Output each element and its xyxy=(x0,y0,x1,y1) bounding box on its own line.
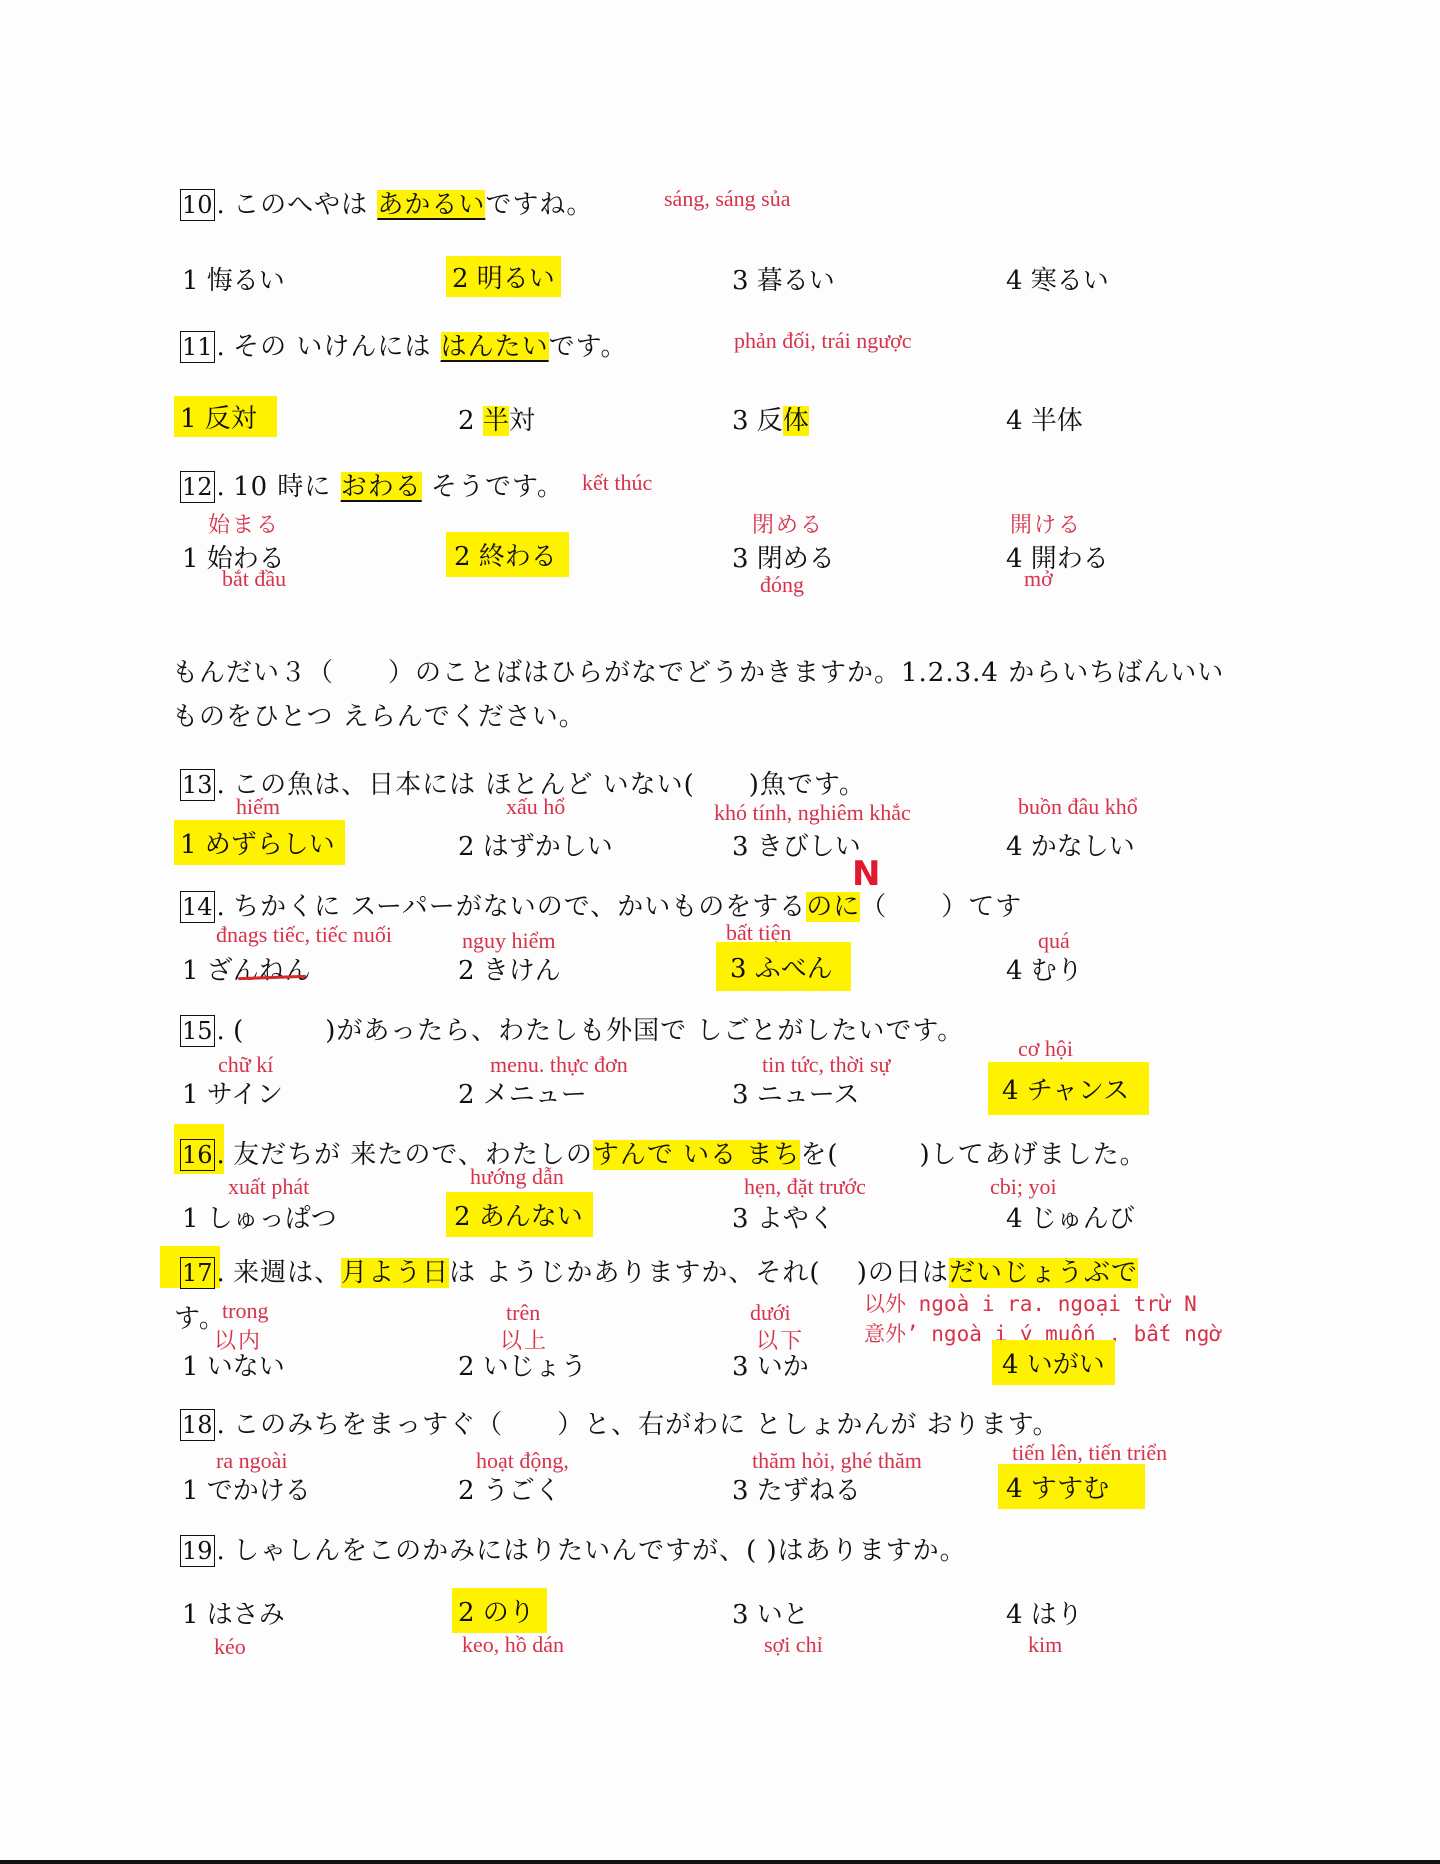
question-text-post: ですね。 xyxy=(485,190,593,220)
question-17: 17. 来週は、月よう日は ようじかありますか、それ( )の日はだいじょうぶで xyxy=(180,1252,1138,1289)
translation-note: kết thúc xyxy=(582,470,652,496)
option-4-meaning: mở xyxy=(1024,566,1053,592)
option-1[interactable]: 1 でかける xyxy=(176,1468,317,1509)
option-1[interactable]: 1 いない xyxy=(176,1344,291,1385)
option-3[interactable]: 3 いと xyxy=(726,1592,815,1633)
option-3-meaning: đóng xyxy=(760,572,804,598)
question-text: しゃしんをこのかみにはりたいんですが、( )はありますか。 xyxy=(233,1536,967,1566)
option-1[interactable]: 1 しゅっぱつ xyxy=(176,1196,343,1237)
option-1-answer[interactable]: 1 めずらしい xyxy=(174,820,345,865)
option-1-meaning: hiếm xyxy=(236,794,280,820)
option-1[interactable]: 1 悔るい xyxy=(176,258,291,299)
target-word: のに xyxy=(806,892,860,922)
question-text-pre: 来週は、 xyxy=(233,1258,341,1288)
question-text: ( )があったら、わたしも外国で しごとがしたいです。 xyxy=(233,1016,964,1046)
question-19: 19. しゃしんをこのかみにはりたいんですが、( )はありますか。 xyxy=(180,1530,967,1567)
option-3[interactable]: 3 よやく xyxy=(726,1196,841,1237)
question-number: 10 xyxy=(180,189,215,221)
question-18: 18. このみちをまっすぐ（ ）と、右がわに としょかんが おります。 xyxy=(180,1404,1060,1441)
question-number: 16 xyxy=(180,1139,215,1171)
option-2-answer[interactable]: 2 のり xyxy=(452,1588,547,1633)
question-text: このみちをまっすぐ（ ）と、右がわに としょかんが おります。 xyxy=(233,1410,1059,1440)
option-3-meaning: khó tính, nghiêm khắc xyxy=(714,800,911,826)
target-word-1: 月よう日 xyxy=(341,1258,449,1288)
option-4-answer[interactable]: 4 チャンス xyxy=(988,1062,1149,1115)
option-3[interactable]: 3 たずねる xyxy=(726,1468,867,1509)
option-4-note-line1: 以外 ngoà i ra. ngoại trừ N xyxy=(864,1288,1197,1318)
option-1[interactable]: 1 サイン xyxy=(176,1072,289,1113)
question-15: 15. ( )があったら、わたしも外国で しごとがしたいです。 xyxy=(180,1010,964,1047)
question-text-post: そうです。 xyxy=(422,472,564,502)
option-3-kanji-note: 閉める xyxy=(752,508,824,539)
question-text-post: です。 xyxy=(549,332,628,362)
option-3[interactable]: 3 反体 xyxy=(726,398,815,439)
option-4[interactable]: 4 はり xyxy=(1000,1592,1089,1633)
question-number: 12 xyxy=(180,471,215,503)
option-3[interactable]: 3 きびしい xyxy=(726,824,867,865)
target-word: おわる xyxy=(341,472,422,502)
question-number: 13 xyxy=(180,769,215,801)
question-text-pre: ちかくに スーパーがないので、かいものをする xyxy=(233,892,806,922)
option-3[interactable]: 3 ニュース xyxy=(726,1072,866,1113)
translation-note: phản đối, trái ngược xyxy=(734,328,912,354)
option-4-answer[interactable]: 4 すすむ xyxy=(998,1464,1145,1509)
option-2-meaning: trên xyxy=(506,1300,540,1326)
option-4-answer[interactable]: 4 いがい xyxy=(992,1340,1115,1385)
option-4-kanji-note: 開ける xyxy=(1010,508,1082,539)
option-4-meaning: buồn đâu khổ xyxy=(1018,794,1138,820)
option-1-answer[interactable]: 1 反対 xyxy=(174,396,277,437)
highlighted-kanji: 体 xyxy=(783,406,809,436)
option-2-meaning: keo, hồ dán xyxy=(462,1632,564,1658)
question-number: 17 xyxy=(180,1257,215,1289)
option-4[interactable]: 4 半体 xyxy=(1000,398,1089,439)
question-16: 16. 友だちが 来たので、わたしのすんで いる まちを( )してあげました。 xyxy=(180,1134,1147,1171)
question-10: 10. このへやは あかるいですね。 xyxy=(180,184,593,221)
question-text-pre: このへやは xyxy=(233,190,377,220)
question-text-post: を( )してあげました。 xyxy=(800,1140,1146,1170)
section-instructions-line2: ものをひとつ えらんでください。 xyxy=(172,696,586,733)
option-2[interactable]: 2 はずかしい xyxy=(452,824,619,865)
option-3-meaning: sợi chỉ xyxy=(764,1632,823,1658)
option-2-answer[interactable]: 2 明るい xyxy=(446,256,561,297)
option-4-meaning: tiến lên, tiến triển xyxy=(1012,1440,1167,1466)
option-4[interactable]: 4 開わる xyxy=(1000,536,1115,577)
option-1-meaning: trong xyxy=(222,1298,268,1324)
option-4[interactable]: 4 寒るい xyxy=(1000,258,1115,299)
question-12: 12. 10 時に おわる そうです。 xyxy=(180,466,564,503)
highlighted-kanji: 半 xyxy=(483,406,509,436)
option-2-answer[interactable]: 2 終わる xyxy=(446,532,569,577)
option-3[interactable]: 3 閉める xyxy=(726,536,841,577)
option-3[interactable]: 3 いか xyxy=(726,1344,815,1385)
option-2-answer[interactable]: 2 あんない xyxy=(446,1192,593,1237)
target-word-2: だいじょうぶで xyxy=(949,1258,1138,1288)
target-word: はんたい xyxy=(441,332,549,362)
option-1-meaning: kéo xyxy=(214,1634,246,1660)
option-4[interactable]: 4 かなしい xyxy=(1000,824,1141,865)
target-phrase: すんで いる まち xyxy=(593,1140,801,1170)
question-text-pre: 10 時に xyxy=(233,472,341,502)
page-bottom-edge xyxy=(0,1860,1440,1864)
question-text-pre: その いけんには xyxy=(233,332,441,362)
option-2-meaning: hướng dẫn xyxy=(470,1164,564,1190)
option-3-answer[interactable]: 3 ふべん xyxy=(716,942,851,991)
option-4-meaning: cơ hội xyxy=(1018,1036,1073,1062)
question-number: 18 xyxy=(180,1409,215,1441)
question-number: 11 xyxy=(180,331,215,363)
option-4-meaning: kim xyxy=(1028,1632,1062,1658)
question-number: 19 xyxy=(180,1535,215,1567)
section-instructions-line1: もんだい３（ ）のことばはひらがなでどうかきますか。1.2.3.4 からいちばん… xyxy=(172,652,1224,689)
translation-note: sáng, sáng sủa xyxy=(664,186,790,212)
option-1[interactable]: 1 はさみ xyxy=(176,1592,291,1633)
option-2[interactable]: 2 メニュー xyxy=(452,1072,593,1113)
question-number: 14 xyxy=(180,891,215,923)
option-2[interactable]: 2 いじょう xyxy=(452,1344,593,1385)
option-1-meaning: đnags tiếc, tiếc nuối xyxy=(216,922,392,948)
option-2-meaning: xấu hổ xyxy=(506,794,565,820)
question-11: 11. その いけんには はんたいです。 xyxy=(180,326,628,363)
question-text-post: （ ）てす xyxy=(860,892,1022,922)
question-text-mid: は ようじかありますか、それ( )の日は xyxy=(449,1258,949,1288)
question-number: 15 xyxy=(180,1015,215,1047)
option-2[interactable]: 2 半対 xyxy=(452,398,541,439)
option-2[interactable]: 2 うごく xyxy=(452,1468,567,1509)
target-word: あかるい xyxy=(377,190,485,220)
option-4[interactable]: 4 じゅんび xyxy=(1000,1196,1141,1237)
option-1-meaning: bắt đầu xyxy=(222,566,286,592)
option-2[interactable]: 2 きけん xyxy=(452,948,567,989)
option-1-kanji-note: 始まる xyxy=(208,508,280,539)
question-14: 14. ちかくに スーパーがないので、かいものをするのに（ ）てす xyxy=(180,886,1022,923)
option-3-meaning: dưới xyxy=(750,1300,791,1326)
option-1[interactable]: 1 ざんねん xyxy=(176,948,317,989)
option-3[interactable]: 3 暮るい xyxy=(726,258,841,299)
option-4[interactable]: 4 むり xyxy=(1000,948,1089,989)
